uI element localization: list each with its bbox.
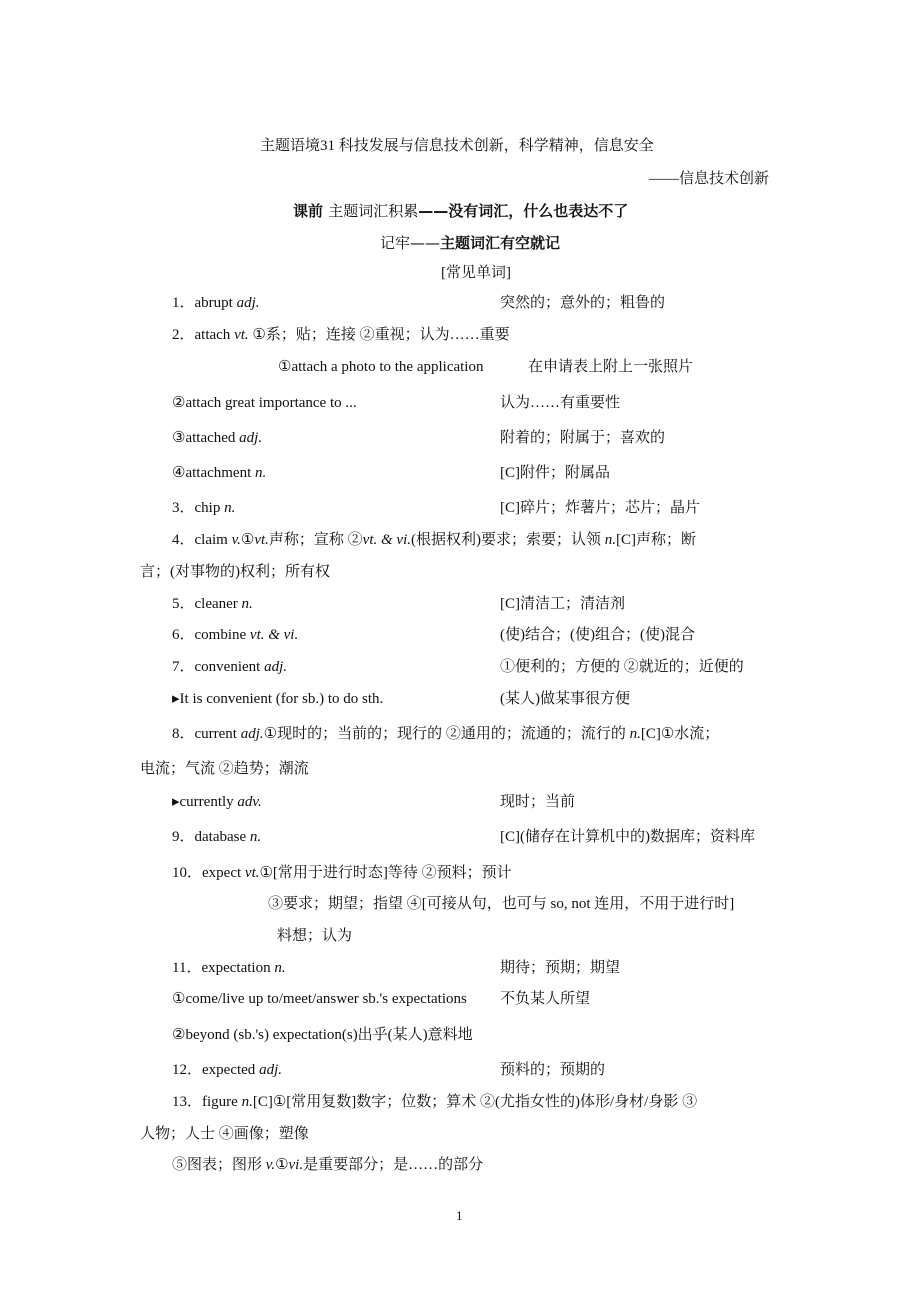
term-word: 2．attach	[172, 327, 234, 343]
vocab-definition: [C](储存在计算机中的)数据库；资料库	[500, 827, 755, 847]
document-subtitle: ——信息技术创新	[649, 169, 769, 189]
vocab-entry-line: 2．attach vt. ①系；贴；连接 ②重视；认为……重要	[172, 325, 510, 345]
term-word: 6．combine	[172, 627, 250, 643]
vocab-phrase: ①come/live up to/meet/answer sb.'s expec…	[172, 989, 467, 1009]
vocab-entry-line: 8．current adj.①现时的；当前的；现行的 ②通用的；流通的；流行的 …	[172, 724, 719, 744]
vocab-term: ③attached adj.	[172, 428, 262, 448]
part-of-speech: n.	[224, 500, 235, 516]
section-heading: 课前 主题词汇积累——没有词汇，什么也表达不了	[293, 201, 628, 221]
vocab-term: ▸currently adv.	[172, 792, 262, 812]
part-of-speech: adv.	[237, 794, 261, 810]
term-meaning: [C]①[常用复数]数字；位数；算术 ②(尤指女性的)体形/身材/身影 ③	[253, 1094, 697, 1110]
vocab-definition: 突然的；意外的；粗鲁的	[500, 293, 665, 313]
memo-heading-prefix: 记牢——	[380, 234, 440, 252]
vocab-definition: [C]碎片；炸薯片；芯片；晶片	[500, 498, 700, 518]
vocab-definition: (使)结合；(使)组合；(使)混合	[500, 625, 695, 645]
part-of-speech: adj.	[237, 295, 260, 311]
part-of-speech: adj.	[239, 430, 262, 446]
vocab-entry-continuation: 料想；认为	[277, 926, 352, 946]
example-phrase: ①attach a photo to the application	[278, 357, 483, 377]
sense-marker: ①	[241, 532, 254, 548]
part-of-speech: v.	[266, 1157, 275, 1173]
part-of-speech: vt.	[254, 532, 269, 548]
vocab-term: 9．database n.	[172, 827, 261, 847]
vocab-definition: 附着的；附属于；喜欢的	[500, 428, 665, 448]
term-meaning: 声称；宣称 ②	[269, 532, 363, 548]
vocab-definition: 期待；预期；期望	[500, 958, 620, 978]
part-of-speech: n.	[605, 532, 616, 548]
term-word: 13．figure	[172, 1094, 242, 1110]
term-word: 11．expectation	[172, 960, 274, 976]
vocab-phrase: ②beyond (sb.'s) expectation(s)出乎(某人)意料地	[172, 1025, 473, 1045]
term-meaning: 是重要部分；是……的部分	[303, 1157, 483, 1173]
term-meaning: [C]声称；断	[616, 532, 696, 548]
part-of-speech: n.	[274, 960, 285, 976]
vocab-definition: 不负某人所望	[500, 989, 590, 1009]
vocab-entry-continuation: ③要求；期望；指望 ④[可接从句，也可与 so, not 连用，不用于进行时]	[268, 894, 734, 914]
vocab-term: ②attach great importance to ...	[172, 393, 357, 413]
term-meaning: ⑤图表；图形	[172, 1157, 266, 1173]
vocab-entry-continuation: 电流；气流 ②趋势；潮流	[140, 759, 309, 779]
term-meaning: (根据权利)要求；索要；认领	[411, 532, 605, 548]
vocab-definition: ①便利的；方便的 ②就近的；近便的	[500, 657, 744, 677]
vocab-definition: [C]清洁工；清洁剂	[500, 594, 625, 614]
memo-heading: 记牢——主题词汇有空就记	[380, 233, 560, 253]
sense-marker: ①	[275, 1157, 288, 1173]
term-word: 10．expect	[172, 865, 245, 881]
vocab-term: 6．combine vt. & vi.	[172, 625, 298, 645]
part-of-speech: adj.	[264, 659, 287, 675]
term-word: 9．database	[172, 829, 250, 845]
vocab-entry-line: 10．expect vt.①[常用于进行时态]等待 ②预料；预计	[172, 863, 512, 883]
part-of-speech: adj.	[241, 726, 264, 742]
section-heading-slogan: ——没有词汇，什么也表达不了	[418, 202, 628, 220]
part-of-speech: adj.	[259, 1062, 282, 1078]
term-word: 7．convenient	[172, 659, 264, 675]
example-translation: 在申请表上附上一张照片	[528, 357, 693, 377]
part-of-speech: n.	[250, 829, 261, 845]
memo-heading-text: 主题词汇有空就记	[440, 234, 560, 252]
vocab-entry-continuation: 言；(对事物的)权利；所有权	[140, 562, 330, 582]
term-meaning: [C]①水流；	[641, 726, 719, 742]
vocab-definition: 认为……有重要性	[500, 393, 620, 413]
vocab-definition: 现时；当前	[500, 792, 575, 812]
term-word: ▸currently	[172, 794, 237, 810]
vocab-term: 11．expectation n.	[172, 958, 286, 978]
vocab-term: 12．expected adj.	[172, 1060, 282, 1080]
part-of-speech: vt.	[245, 865, 260, 881]
term-word: 8．current	[172, 726, 241, 742]
part-of-speech: vt.	[234, 327, 249, 343]
vocab-term: 1．abrupt adj.	[172, 293, 260, 313]
term-word: ④attachment	[172, 465, 255, 481]
part-of-speech: vi.	[289, 1157, 304, 1173]
document-title: 主题语境31 科技发展与信息技术创新，科学精神，信息安全	[260, 136, 654, 156]
vocab-definition: [C]附件；附属品	[500, 463, 610, 483]
term-word: 3．chip	[172, 500, 224, 516]
term-meaning: ①系；贴；连接 ②重视；认为……重要	[249, 327, 510, 343]
part-of-speech: n.	[630, 726, 641, 742]
vocab-entry-line: 4．claim v.①vt.声称；宣称 ②vt. & vi.(根据权利)要求；索…	[172, 530, 696, 550]
part-of-speech: vt. & vi.	[250, 627, 298, 643]
term-word: ③attached	[172, 430, 239, 446]
term-word: 1．abrupt	[172, 295, 237, 311]
vocab-definition: 预料的；预期的	[500, 1060, 605, 1080]
term-meaning: ①[常用于进行时态]等待 ②预料；预计	[259, 865, 511, 881]
vocab-entry-continuation: ⑤图表；图形 v.①vi.是重要部分；是……的部分	[172, 1155, 483, 1175]
part-of-speech: n.	[242, 596, 253, 612]
part-of-speech: n.	[255, 465, 266, 481]
vocab-phrase: ▸It is convenient (for sb.) to do sth.	[172, 689, 383, 709]
part-of-speech: v.	[232, 532, 241, 548]
vocab-term: 5．cleaner n.	[172, 594, 253, 614]
term-word: 12．expected	[172, 1062, 259, 1078]
part-of-speech: vt. & vi.	[363, 532, 411, 548]
vocab-term: 7．convenient adj.	[172, 657, 287, 677]
section-heading-topic: 主题词汇积累	[328, 202, 418, 220]
page-number: 1	[456, 1206, 463, 1226]
term-word: 4．claim	[172, 532, 232, 548]
vocab-entry-continuation: 人物；人士 ④画像；塑像	[140, 1124, 309, 1144]
vocab-term: 3．chip n.	[172, 498, 235, 518]
vocab-entry-line: 13．figure n.[C]①[常用复数]数字；位数；算术 ②(尤指女性的)体…	[172, 1092, 697, 1112]
part-of-speech: n.	[242, 1094, 253, 1110]
category-label: [常见单词]	[441, 263, 511, 283]
vocab-term: ④attachment n.	[172, 463, 266, 483]
term-word: 5．cleaner	[172, 596, 242, 612]
term-meaning: ①现时的；当前的；现行的 ②通用的；流通的；流行的	[264, 726, 630, 742]
vocab-definition: (某人)做某事很方便	[500, 689, 630, 709]
section-heading-prefix: 课前	[293, 202, 328, 220]
